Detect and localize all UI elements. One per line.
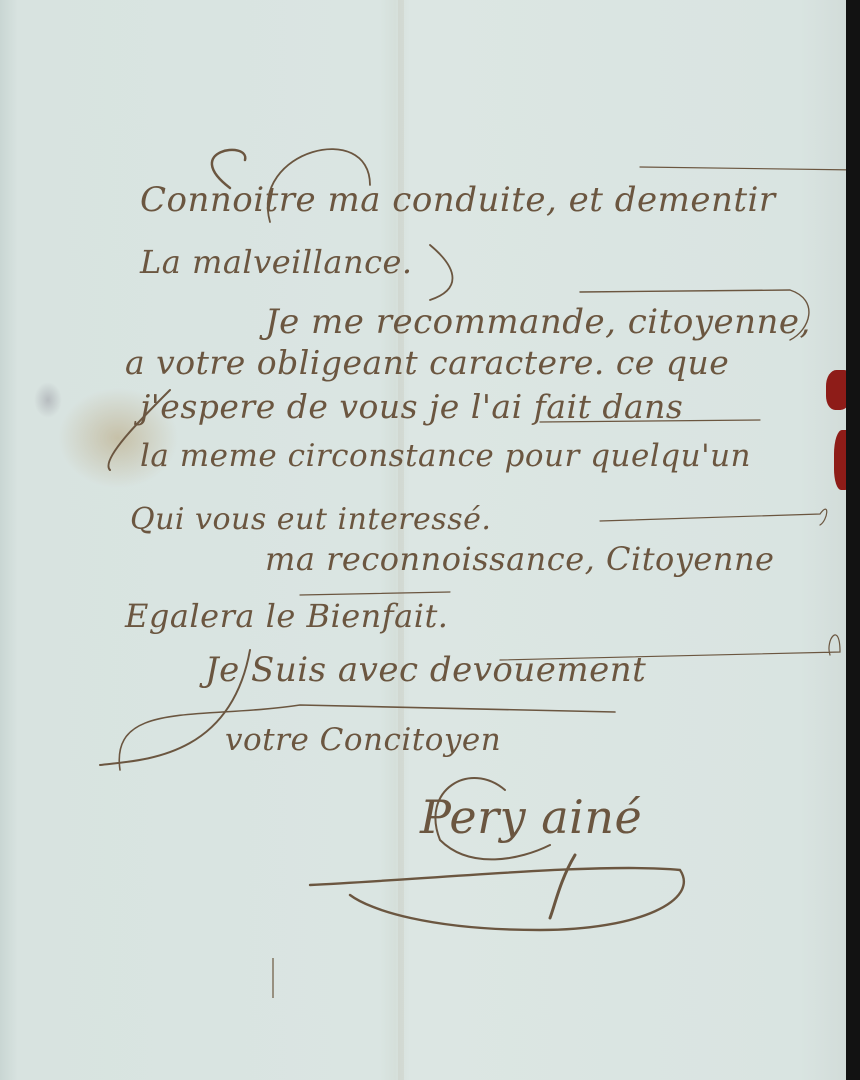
letter-line-2: La malveillance.: [140, 243, 413, 281]
letter-line-6: la meme circonstance pour quelqu'un: [140, 438, 751, 474]
letter-paper: Connoitre ma conduite, et dementir La ma…: [0, 0, 846, 1080]
letter-line-5: j'espere de vous je l'ai fait dans: [140, 387, 683, 426]
letter-line-1: Connoitre ma conduite, et dementir: [140, 180, 776, 220]
signature: Pery ainé: [420, 790, 642, 844]
letter-line-7: Qui vous eut interessé.: [130, 502, 491, 537]
letter-line-10: Je Suis avec devouement: [205, 650, 646, 690]
letter-line-11: votre Concitoyen: [225, 722, 501, 758]
ink-mark: [272, 958, 274, 998]
letter-line-3: Je me recommande, citoyenne,: [265, 302, 811, 342]
letter-line-9: Egalera le Bienfait.: [125, 597, 448, 635]
letter-line-8: ma reconnoissance, Citoyenne: [265, 540, 774, 578]
scan-edge: [846, 0, 860, 1080]
letter-line-4: a votre obligeant caractere. ce que: [125, 343, 729, 382]
